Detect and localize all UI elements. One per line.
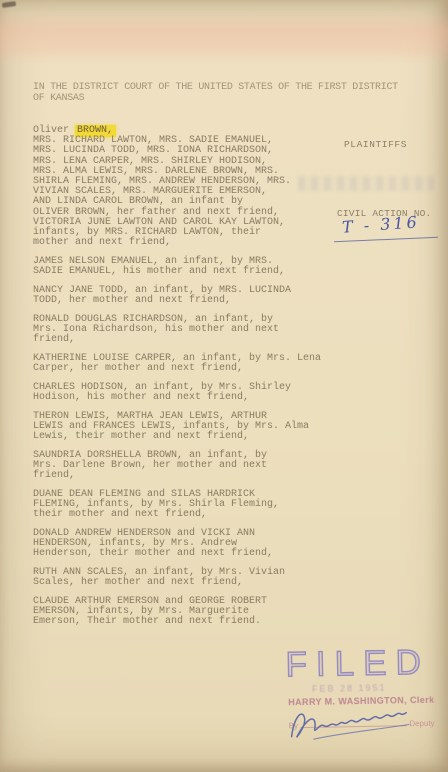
paper-stain <box>0 12 448 64</box>
court-header: IN THE DISTRICT COURT OF THE UNITED STAT… <box>33 83 437 104</box>
plaintiff-paragraph: CLAUDE ARTHUR EMERSON and GEORGE ROBERT … <box>33 597 325 628</box>
plaintiff-paragraph: DONALD ANDREW HENDERSON and VICKI ANN HE… <box>33 529 325 560</box>
plaintiff-paragraph: RONALD DOUGLAS RICHARDSON, an infant, by… <box>33 315 325 346</box>
scanned-court-document: IN THE DISTRICT COURT OF THE UNITED STAT… <box>0 0 448 772</box>
plaintiff-paragraph: JAMES NELSON EMANUEL, an infant, by MRS.… <box>33 257 325 277</box>
case-caption-column: Oliver BROWN, MRS. RICHARD LAWTON, MRS. … <box>33 126 325 636</box>
plaintiff-paragraph: THERON LEWIS, MARTHA JEAN LEWIS, ARTHUR … <box>33 412 325 443</box>
plaintiff-paragraph: NANCY JANE TODD, an infant, by MRS. LUCI… <box>33 286 325 306</box>
civil-action-underline <box>334 237 438 243</box>
plaintiff-paragraph: DUANE DEAN FLEMING and SILAS HARDRICK FL… <box>33 490 325 521</box>
filed-stamp-title: FILED <box>285 645 438 684</box>
plaintiff-paragraph: CHARLES HODISON, an infant, by Mrs. Shir… <box>33 383 325 403</box>
civil-action-number-handwritten: T - 316 <box>341 212 420 236</box>
deputy-signature <box>281 693 434 747</box>
erased-marking <box>298 176 434 191</box>
paper-speck <box>2 1 17 8</box>
plaintiff-paragraph: KATHERINE LOUISE CARPER, an infant, by M… <box>33 354 325 374</box>
filed-stamp: FILED FEB 28 1951 HARRY M. WASHINGTON, C… <box>285 645 438 731</box>
case-caption: Oliver BROWN, MRS. RICHARD LAWTON, MRS. … <box>33 126 325 248</box>
plaintiff-paragraph: RUTH ANN SCALES, an infant, by Mrs. Vivi… <box>33 568 325 588</box>
filed-stamp-date: FEB 28 1951 <box>312 682 438 694</box>
plaintiff-paragraph: SAUNDRIA DORSHELLA BROWN, an infant, by … <box>33 451 325 482</box>
plaintiffs-label: PLAINTIFFS <box>344 139 407 150</box>
caption-plaintiff-list: MRS. RICHARD LAWTON, MRS. SADIE EMANUEL,… <box>33 136 325 248</box>
